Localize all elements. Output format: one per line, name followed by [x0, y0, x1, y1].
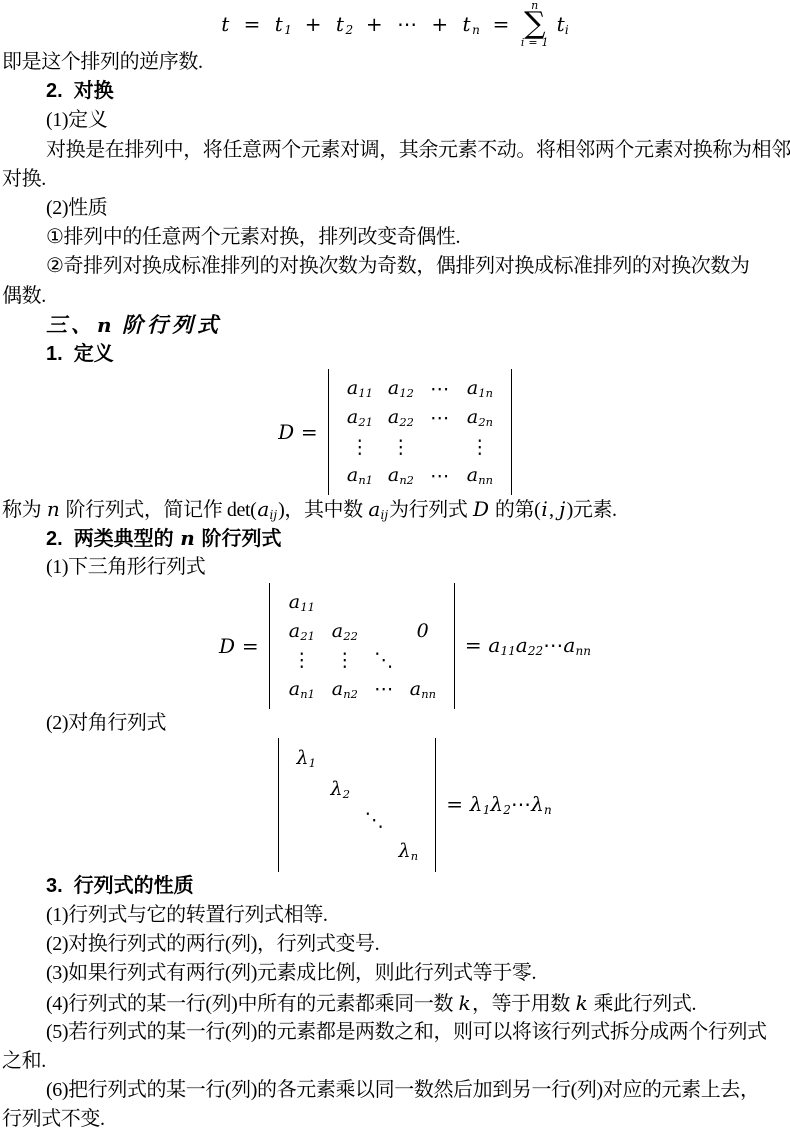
text-run: (1)定义: [46, 109, 107, 131]
text-run: 三、: [46, 313, 96, 337]
matrix-cell: a11: [289, 591, 315, 614]
text-line: ①排列中的任意两个元素对换，排列改变奇偶性.: [0, 223, 790, 252]
matrix-cell: a22: [388, 406, 414, 429]
text-run: 行列式的性质: [74, 875, 194, 897]
text-line: (6)把行列式的某一行(列)的各元素乘以同一数然后加到另一行(列)对应的元素上去…: [0, 1076, 790, 1105]
determinant-result: = a11a22⋯ann: [465, 633, 591, 658]
text-run: 对换.: [2, 168, 46, 190]
matrix-cell: an2: [388, 464, 414, 487]
text-line: 三、n 阶行列式: [0, 311, 790, 340]
document-page: t = t1 + t2 + ⋯ + tn = n ∑ i = 1 ti 即是这个…: [0, 0, 790, 1130]
text-line: 称为 n 阶行列式，简记作 det(aij)，其中数 aij为行列式 D 的第(…: [0, 495, 790, 524]
matrix-cell: an2: [332, 678, 358, 701]
text-line: 2.两类典型的 n 阶行列式: [0, 524, 790, 553]
sum-lower-limit: i = 1: [521, 37, 549, 48]
text-line: (1)定义: [0, 106, 790, 135]
text-block-transposition: 即是这个排列的逆序数.2.对换(1)定义对换是在排列中，将任意两个元素对调，其余…: [0, 48, 790, 369]
determinant-bars: λ1λ2⋱λn: [278, 738, 436, 872]
math-inline: aij: [257, 497, 277, 521]
text-run: 行列式不变.: [2, 1108, 105, 1130]
matrix-cell: a2n: [467, 406, 493, 429]
matrix-cell: ⋯: [374, 678, 393, 700]
matrix-cell: an1: [347, 464, 373, 487]
text-run: (1)下三角形行列式: [46, 556, 205, 578]
matrix-cell: a22: [332, 620, 358, 643]
text-run: (2)对换行列式的两行(列)，行列式变号.: [46, 933, 379, 955]
text-run: (4)行列式的某一行(列)中所有的元素都乘同一数: [46, 993, 458, 1015]
matrix-grid: a11a21a220⋮⋮⋱an1an2⋯ann: [280, 588, 444, 704]
matrix-cell: a12: [388, 377, 414, 400]
math-inline: k: [459, 991, 471, 1015]
text-line: (1)行列式与它的转置行列式相等.: [0, 901, 790, 930]
text-line: (1)下三角形行列式: [0, 553, 790, 582]
text-run: (1)行列式与它的转置行列式相等.: [46, 904, 328, 926]
math-inline: aij: [368, 497, 388, 521]
lower-triangular-determinant-formula: D =a11a21a220⋮⋮⋱an1an2⋯ann= a11a22⋯ann: [10, 583, 790, 709]
sigma-glyph: ∑: [524, 11, 545, 37]
matrix-cell: ann: [467, 464, 493, 487]
text-run: ，等于用数: [472, 993, 575, 1015]
math-inline: j: [559, 497, 565, 521]
text-line: 1.定义: [0, 340, 790, 369]
text-line: ②奇排列对换成标准排列的对换次数为奇数，偶排列对换成标准排列的对换次数为: [0, 252, 790, 281]
text-run: 2.: [46, 80, 63, 102]
text-run: )元素.: [567, 499, 617, 521]
text-line: (2)对角行列式: [0, 709, 790, 738]
text-line: 3.行列式的性质: [0, 872, 790, 901]
text-run: 2.: [46, 528, 63, 550]
matrix-cell: a21: [289, 620, 315, 643]
math-inline: n: [47, 497, 60, 521]
text-run: 阶行列式: [113, 313, 222, 337]
text-run: ②奇排列对换成标准排列的对换次数为奇数，偶排列对换成标准排列的对换次数为: [46, 255, 750, 277]
matrix-cell: ann: [410, 678, 436, 701]
text-block-typical-determinants: 称为 n 阶行列式，简记作 det(aij)，其中数 aij为行列式 D 的第(…: [0, 495, 790, 583]
determinant-prefix: D =: [219, 634, 259, 658]
matrix-cell: ⋯: [430, 465, 449, 487]
text-line: (5)若行列式的某一行(列)的元素都是两数之和，则可以将该行列式拆分成两个行列式: [0, 1018, 790, 1047]
matrix-cell: an1: [289, 678, 315, 701]
diagonal-determinant-formula: λ1λ2⋱λn= λ1λ2⋯λn: [20, 738, 790, 872]
determinant-definition-formula: D =a11a12⋯a1na21a22⋯a2n⋮⋮⋮an1an2⋯ann: [0, 369, 790, 495]
matrix-cell: ⋱: [365, 809, 384, 831]
matrix-cell: a1n: [467, 377, 493, 400]
text-line: (3)如果行列式有两行(列)元素成比例，则此行列式等于零.: [0, 959, 790, 988]
formula-rhs: ti: [557, 12, 569, 37]
text-run: )，其中数: [278, 499, 367, 521]
matrix-cell: 0: [417, 620, 429, 642]
matrix-cell: ⋱: [374, 649, 393, 671]
matrix-grid: a11a12⋯a1na21a22⋯a2n⋮⋮⋮an1an2⋯ann: [339, 374, 501, 490]
text-run: 之和.: [2, 1050, 46, 1072]
matrix-cell: a21: [347, 406, 373, 429]
text-run: 偶数.: [2, 285, 46, 307]
determinant-bars: a11a12⋯a1na21a22⋯a2n⋮⋮⋮an1an2⋯ann: [328, 369, 512, 495]
text-run: (2)对角行列式: [46, 712, 166, 734]
text-run: 阶行列式: [196, 528, 282, 550]
matrix-cell: a11: [347, 377, 373, 400]
text-run: 定义: [74, 343, 114, 365]
text-run: ,: [549, 499, 558, 521]
math-inline: n: [97, 313, 112, 337]
formula-lhs: t = t1 + t2 + ⋯ + tn =: [221, 12, 511, 37]
text-run: 乘此行列式.: [589, 993, 696, 1015]
text-run: 称为: [2, 499, 46, 521]
text-run: (3)如果行列式有两行(列)元素成比例，则此行列式等于零.: [46, 962, 536, 984]
text-run: ①排列中的任意两个元素对换，排列改变奇偶性.: [46, 226, 460, 248]
text-run: 对换: [74, 80, 114, 102]
text-run: 即是这个排列的逆序数.: [2, 51, 203, 73]
text-run: (2)性质: [46, 197, 107, 219]
text-line: (2)性质: [0, 194, 790, 223]
text-run: 的第(: [490, 499, 540, 521]
text-run: 为行列式: [389, 499, 472, 521]
inversion-sum-formula: t = t1 + t2 + ⋯ + tn = n ∑ i = 1 ti: [0, 0, 790, 48]
text-line: 对换是在排列中，将任意两个元素对调，其余元素不动。将相邻两个元素对换称为相邻: [0, 136, 790, 165]
text-run: 阶行列式，简记作 det(: [61, 499, 257, 521]
text-run: (6)把行列式的某一行(列)的各元素乘以同一数然后加到另一行(列)对应的元素上去…: [46, 1079, 760, 1101]
text-line: 2.对换: [0, 77, 790, 106]
matrix-cell: ⋯: [430, 378, 449, 400]
text-block-diagonal-heading: (2)对角行列式: [0, 709, 790, 738]
text-line: (4)行列式的某一行(列)中所有的元素都乘同一数 k，等于用数 k 乘此行列式.: [0, 989, 790, 1018]
text-line: 之和.: [0, 1047, 790, 1076]
summation-symbol: n ∑ i = 1: [521, 0, 549, 48]
text-line: (2)对换行列式的两行(列)，行列式变号.: [0, 930, 790, 959]
text-run: 3.: [46, 875, 63, 897]
determinant-prefix: D =: [278, 420, 318, 444]
text-run: (5)若行列式的某一行(列)的元素都是两数之和，则可以将该行列式拆分成两个行列式: [46, 1021, 767, 1043]
text-block-determinant-properties: 3.行列式的性质(1)行列式与它的转置行列式相等.(2)对换行列式的两行(列)，…: [0, 872, 790, 1130]
matrix-grid: λ1λ2⋱λn: [289, 743, 425, 867]
text-line: 对换.: [0, 165, 790, 194]
math-inline: n: [180, 526, 195, 550]
determinant-bars: a11a21a220⋮⋮⋱an1an2⋯ann: [269, 583, 455, 709]
text-run: 对换是在排列中，将任意两个元素对调，其余元素不动。将相邻两个元素对换称为相邻: [46, 139, 790, 161]
text-run: 1.: [46, 343, 63, 365]
math-inline: i: [541, 497, 548, 521]
text-run: 两类典型的: [74, 528, 180, 550]
matrix-cell: ⋮: [470, 436, 489, 458]
text-line: 即是这个排列的逆序数.: [0, 48, 790, 77]
matrix-cell: ⋮: [292, 649, 311, 671]
math-inline: k: [576, 991, 588, 1015]
matrix-cell: ⋯: [430, 407, 449, 429]
matrix-cell: ⋮: [391, 436, 410, 458]
matrix-cell: λ2: [331, 778, 351, 801]
text-line: 行列式不变.: [0, 1105, 790, 1130]
text-line: 偶数.: [0, 282, 790, 311]
math-inline: D: [473, 497, 489, 521]
determinant-result: = λ1λ2⋯λn: [446, 792, 551, 817]
matrix-cell: ⋮: [335, 649, 354, 671]
matrix-cell: ⋮: [350, 436, 369, 458]
matrix-cell: λ1: [297, 747, 317, 770]
matrix-cell: λn: [399, 840, 419, 863]
